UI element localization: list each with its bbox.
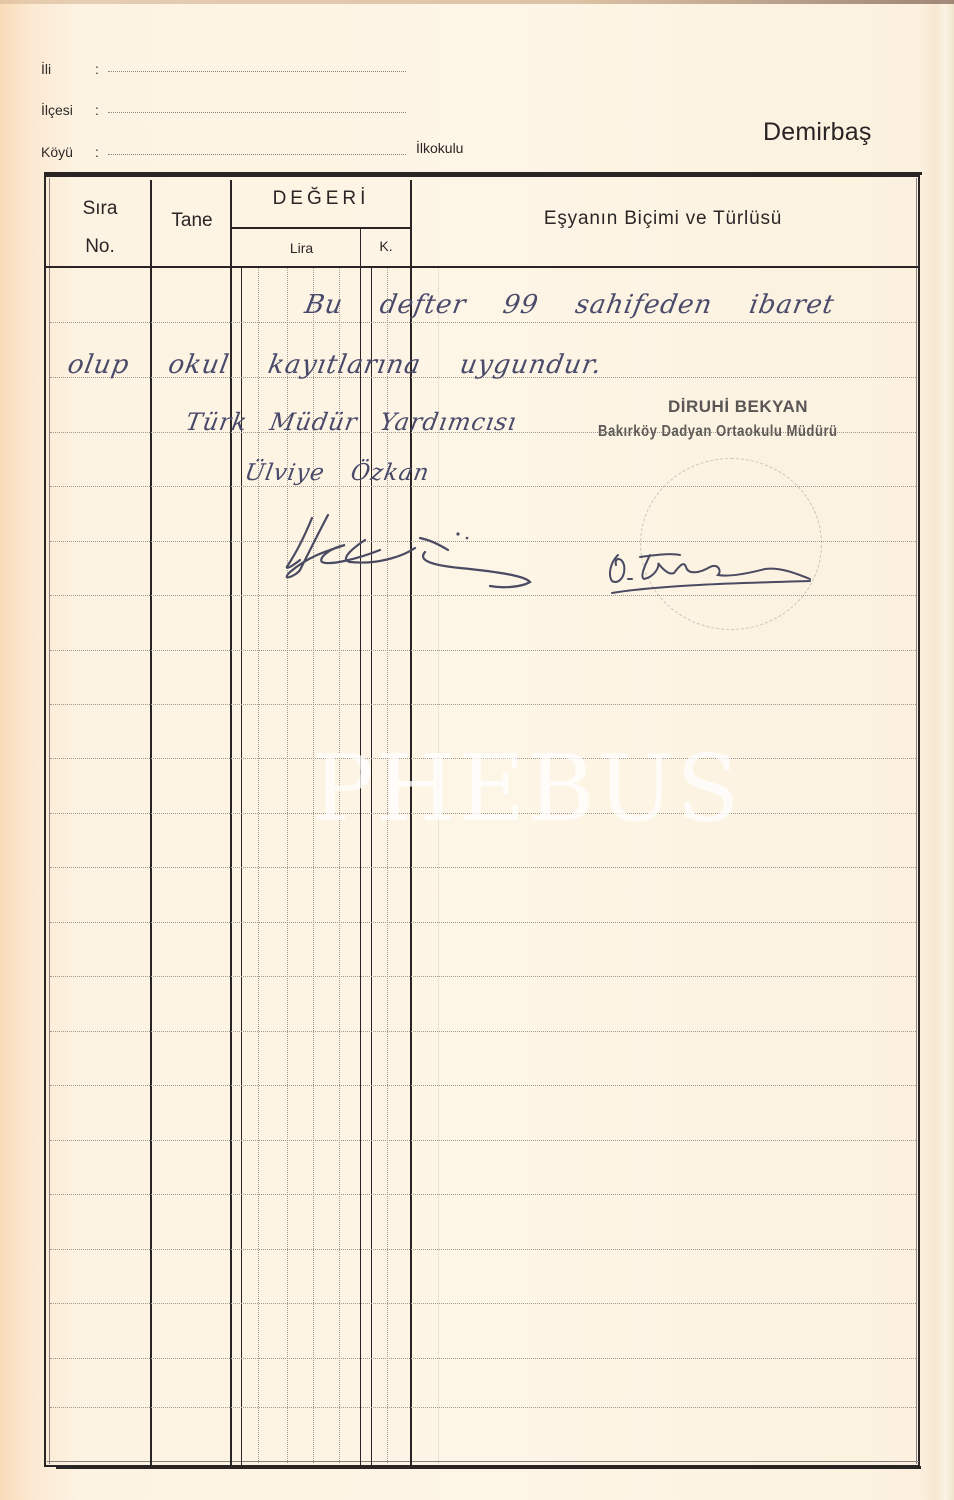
column-header-sira: Sıra bbox=[60, 190, 140, 228]
handwritten-line-3: Türk Müdür Yardımcısı bbox=[184, 408, 520, 436]
row-line bbox=[50, 922, 916, 923]
field-koyu-input[interactable] bbox=[108, 154, 406, 155]
stamp-name: DİRUHİ BEKYAN bbox=[668, 397, 808, 417]
column-header-sira-no: Sıra No. bbox=[60, 190, 140, 266]
field-ilcesi: İlçesi : bbox=[41, 102, 73, 118]
row-line bbox=[50, 650, 916, 651]
signature-ozkan-icon bbox=[270, 510, 570, 600]
school-suffix: İlkokulu bbox=[416, 140, 463, 156]
table-inner-left-line bbox=[49, 178, 50, 1464]
table-border-bottom bbox=[56, 1466, 921, 1469]
field-ili-label: İli bbox=[41, 61, 51, 77]
row-line bbox=[50, 322, 916, 323]
row-line bbox=[50, 1194, 916, 1195]
field-ilcesi-label: İlçesi bbox=[41, 102, 73, 118]
handwritten-line-1: Bu defter 99 sahifeden ibaret bbox=[302, 290, 837, 320]
column-header-kurus: K. bbox=[362, 238, 410, 254]
page-title: Demirbaş bbox=[763, 118, 872, 147]
field-koyu-label: Köyü bbox=[41, 144, 73, 160]
row-line bbox=[50, 1031, 916, 1032]
column-header-no: No. bbox=[60, 228, 140, 266]
signature-bekyan-icon bbox=[600, 545, 830, 605]
row-line bbox=[50, 1407, 916, 1408]
watermark: PHEBUS bbox=[312, 735, 741, 842]
row-line bbox=[50, 1249, 916, 1250]
row-line bbox=[50, 1303, 916, 1304]
field-ilcesi-input[interactable] bbox=[108, 112, 406, 113]
row-line bbox=[50, 704, 916, 705]
table-inner-right-line bbox=[916, 178, 917, 1464]
lira-digit-guide bbox=[258, 268, 259, 1463]
lira-digit-guide bbox=[339, 268, 340, 1463]
row-line bbox=[50, 1358, 916, 1359]
header-bottom-rule bbox=[46, 266, 918, 268]
field-ilcesi-sep: : bbox=[95, 102, 99, 118]
row-line bbox=[50, 976, 916, 977]
column-header-esya: Eşyanın Biçimi ve Türlüsü bbox=[413, 208, 913, 230]
row-line bbox=[50, 1140, 916, 1141]
row-line bbox=[50, 867, 916, 868]
row-line bbox=[50, 1085, 916, 1086]
degeri-divider bbox=[231, 227, 410, 229]
field-ili-input[interactable] bbox=[108, 71, 406, 72]
field-koyu: Köyü : bbox=[41, 144, 73, 160]
column-header-tane: Tane bbox=[153, 210, 231, 232]
lira-digit-guide bbox=[287, 268, 288, 1463]
k-digit-guide bbox=[387, 268, 388, 1463]
column-header-lira: Lira bbox=[244, 240, 359, 256]
lira-digit-guide bbox=[313, 268, 314, 1463]
esya-guide bbox=[438, 268, 439, 1463]
field-ili-sep: : bbox=[95, 61, 99, 77]
field-ili: İli : bbox=[41, 61, 51, 77]
handwritten-line-4: Ülviye Özkan bbox=[243, 460, 432, 486]
column-header-degeri: DEĞERİ bbox=[233, 188, 409, 210]
handwritten-line-2: olup okul kayıtlarına uygundur. bbox=[65, 350, 604, 380]
table-inner-bottom-line bbox=[47, 1461, 919, 1462]
page-top-edge bbox=[0, 0, 954, 4]
stamp-title: Bakırköy Dadyan Ortaokulu Müdürü bbox=[598, 423, 838, 441]
field-koyu-sep: : bbox=[95, 144, 99, 160]
